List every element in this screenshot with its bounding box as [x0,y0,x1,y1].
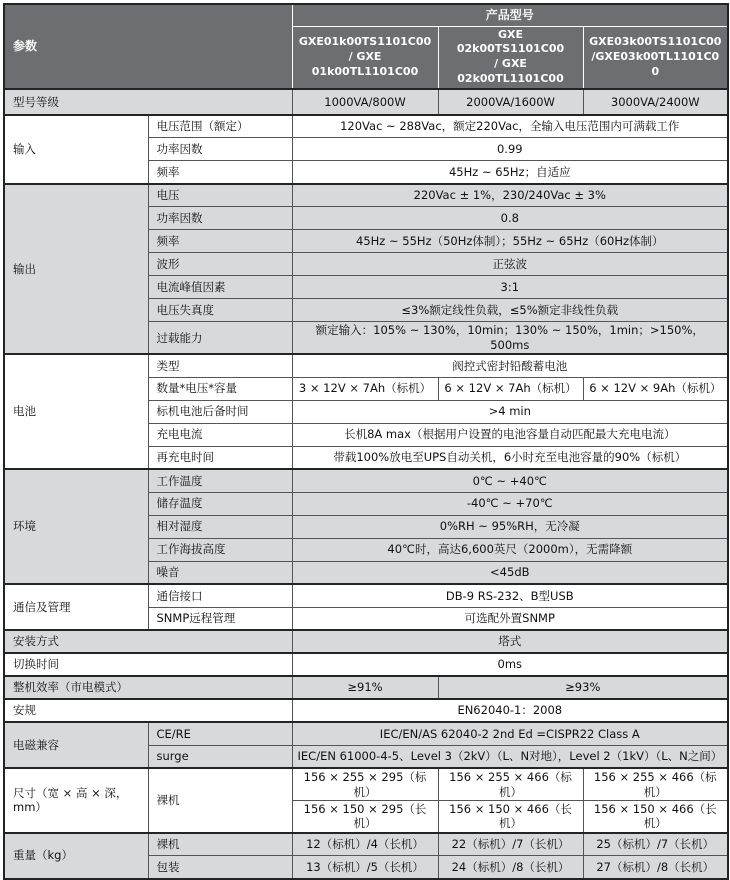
battery-qty-value-2: 6 × 12V × 7Ah（标机） [438,377,583,400]
output-crest-factor-label: 电流峰值因素 [148,276,292,299]
output-frequency-value: 45Hz ~ 55Hz（50Hz体制）；55Hz ~ 65Hz（60Hz体制） [292,230,728,253]
dimensions-std-value-2: 156 × 255 × 466（标机） [438,768,583,800]
model-name-2: GXE 02k00TS1101C00 / GXE 02k00TL1101C00 [438,26,583,89]
input-frequency-value: 45Hz ~ 65Hz；自适应 [292,161,728,184]
efficiency-value-2-3: ≥93% [438,676,728,699]
dimensions-std-value-1: 156 × 255 × 295（标机） [292,768,438,800]
installation-value: 塔式 [292,630,728,653]
weight-packed-label: 包装 [148,856,292,879]
weight-packed-value-3: 27（标机）/8（长机） [583,856,728,879]
weight-packed-value-2: 24（标机）/8（长机） [438,856,583,879]
group-communication: 通信及管理 [4,584,148,630]
group-weight: 重量（kg） [4,833,148,879]
dimensions-std-value-3: 156 × 255 × 466（标机） [583,768,728,800]
rating-value-2: 2000VA/1600W [438,89,583,115]
spec-table: 参数产品型号GXE01k00TS1101C00 / GXE 01k00TL110… [3,3,729,880]
comm-interface-label: 通信接口 [148,584,292,607]
group-emc: 电磁兼容 [4,722,148,768]
group-output: 输出 [4,184,148,354]
battery-recharge-time-label: 再充电时间 [148,446,292,469]
installation-label: 安装方式 [4,630,292,653]
env-altitude-label: 工作海拔高度 [148,538,292,561]
product-model-header: 产品型号 [292,4,728,26]
weight-unit-label: 裸机 [148,833,292,856]
battery-type-value: 阀控式密封铅酸蓄电池 [292,354,728,377]
env-altitude-value: 40℃时，高达6,600英尺（2000m），无需降额 [292,538,728,561]
input-frequency-label: 频率 [148,161,292,184]
output-overload-value: 额定输入：105% ~ 130%，10min；130% ~ 150%，1min；… [292,322,728,354]
emc-cere-value: IEC/EN/AS 62040-2 2nd Ed =CISPR22 Class … [292,722,728,745]
battery-qty-label: 数量*电压*容量 [148,377,292,400]
spec-sheet-page: 参数产品型号GXE01k00TS1101C00 / GXE 01k00TL110… [0,0,730,828]
output-voltage-value: 220Vac ± 1%，230/240Vac ± 3% [292,184,728,207]
battery-qty-value-1: 3 × 12V × 7Ah（标机） [292,377,438,400]
output-frequency-label: 频率 [148,230,292,253]
rating-value-3: 3000VA/2400W [583,89,728,115]
battery-recharge-time-value: 带载100%放电至UPS自动关机，6小时充至电池容量的90%（标机） [292,446,728,469]
efficiency-label: 整机效率（市电模式） [4,676,292,699]
env-humidity-label: 相对湿度 [148,515,292,538]
battery-type-label: 类型 [148,354,292,377]
input-voltage-range-value: 120Vac ~ 288Vac，额定220Vac，全输入电压范围内可满载工作 [292,115,728,138]
params-header: 参数 [4,4,292,89]
rating-label: 型号等级 [4,89,292,115]
safety-value: EN62040-1：2008 [292,699,728,722]
battery-backup-time-value: >4 min [292,400,728,423]
emc-surge-value: IEC/EN 61000-4-5、Level 3（2kV）（L、N对地），Lev… [292,745,728,768]
env-noise-value: <45dB [292,561,728,584]
env-operating-temp-value: 0℃ ~ +40℃ [292,469,728,492]
weight-unit-value-3: 25（标机）/7（长机） [583,833,728,856]
env-operating-temp-label: 工作温度 [148,469,292,492]
input-voltage-range-label: 电压范围（额定） [148,115,292,138]
output-thd-label: 电压失真度 [148,299,292,322]
comm-interface-value: DB-9 RS-232、B型USB [292,584,728,607]
comm-snmp-value: 可选配外置SNMP [292,607,728,630]
env-storage-temp-value: -40℃ ~ +70℃ [292,492,728,515]
transfer-time-value: 0ms [292,653,728,676]
battery-qty-value-3: 6 × 12V × 9Ah（标机） [583,377,728,400]
output-waveform-label: 波形 [148,253,292,276]
battery-backup-time-label: 标机电池后备时间 [148,400,292,423]
efficiency-value-1: ≥91% [292,676,438,699]
model-name-1: GXE01k00TS1101C00 / GXE 01k00TL1101C00 [292,26,438,89]
env-humidity-value: 0%RH ~ 95%RH，无冷凝 [292,515,728,538]
weight-packed-value-1: 13（标机）/5（长机） [292,856,438,879]
emc-cere-label: CE/RE [148,722,292,745]
group-input: 输入 [4,115,148,184]
input-power-factor-value: 0.99 [292,138,728,161]
output-crest-factor-value: 3:1 [292,276,728,299]
output-overload-label: 过载能力 [148,322,292,354]
env-storage-temp-label: 储存温度 [148,492,292,515]
safety-label: 安规 [4,699,292,722]
group-battery: 电池 [4,354,148,469]
spec-table-body: 参数产品型号GXE01k00TS1101C00 / GXE 01k00TL110… [4,4,728,879]
transfer-time-label: 切换时间 [4,653,292,676]
input-power-factor-label: 功率因数 [148,138,292,161]
output-power-factor-label: 功率因数 [148,207,292,230]
comm-snmp-label: SNMP远程管理 [148,607,292,630]
group-dimensions: 尺寸（宽 × 高 × 深，mm） [4,768,148,833]
model-name-3: GXE03k00TS1101C00 /GXE03k00TL1101C00 [583,26,728,89]
rating-value-1: 1000VA/800W [292,89,438,115]
output-thd-value: ≤3%额定线性负载，≤5%额定非线性负载 [292,299,728,322]
output-waveform-value: 正弦波 [292,253,728,276]
dimensions-unit-label: 裸机 [148,768,292,833]
group-environment: 环境 [4,469,148,584]
emc-surge-label: surge [148,745,292,768]
env-noise-label: 噪音 [148,561,292,584]
battery-charge-current-label: 充电电流 [148,423,292,446]
output-voltage-label: 电压 [148,184,292,207]
weight-unit-value-2: 22（标机）/7（长机） [438,833,583,856]
output-power-factor-value: 0.8 [292,207,728,230]
weight-unit-value-1: 12（标机）/4（长机） [292,833,438,856]
battery-charge-current-value: 长机8A max（根据用户设置的电池容量自动匹配最大充电电流） [292,423,728,446]
